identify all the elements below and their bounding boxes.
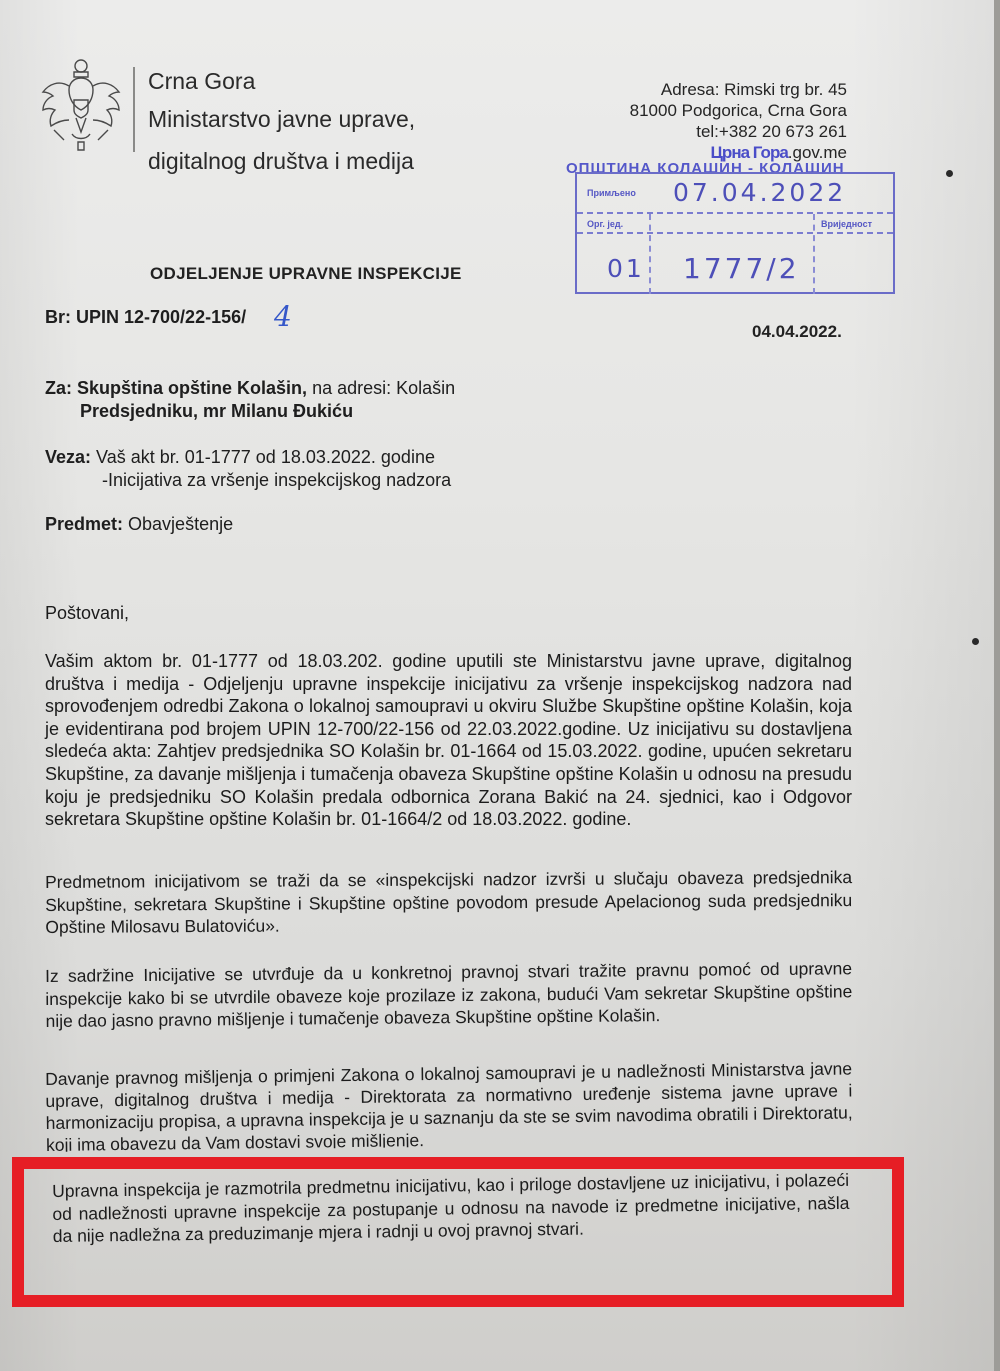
recipient-name: Skupština opštine Kolašin, xyxy=(77,378,307,398)
recipient-line: Za: Skupština opštine Kolašin, na adresi… xyxy=(45,378,455,399)
body-paragraph: Iz sadržine Inicijative se utvrđuje da u… xyxy=(45,957,853,1033)
org-ministry-line1: Ministarstvo javne uprave, xyxy=(148,106,415,133)
address-city: 81000 Podgorica, Crna Gora xyxy=(630,101,847,121)
stamp-divider xyxy=(649,214,651,294)
stamp-number-prefix: 01 xyxy=(607,254,645,283)
stamp-received-label: Примљено xyxy=(587,188,636,198)
org-country: Crna Gora xyxy=(148,68,255,95)
salutation: Poštovani, xyxy=(45,603,129,624)
department-title: ODJELJENJE UPRAVNE INSPEKCIJE xyxy=(150,264,462,284)
subject-line: Predmet: Obavještenje xyxy=(45,514,233,535)
recipient-address: na adresi: Kolašin xyxy=(307,378,455,398)
body-paragraph: Davanje pravnog mišljenja o primjeni Zak… xyxy=(45,1057,853,1152)
highlighted-paragraph: Upravna inspekcija je razmotrila predmet… xyxy=(52,1169,850,1248)
punch-mark xyxy=(946,170,953,177)
recipient-attention: Predsjedniku, mr Milanu Đukiću xyxy=(80,401,353,422)
org-ministry-line2: digitalnog društva i medija xyxy=(148,148,414,175)
body-paragraph: Vašim aktom br. 01-1777 od 18.03.202. go… xyxy=(45,650,852,831)
stamp-value-label: Вриједност xyxy=(821,219,872,229)
punch-mark xyxy=(972,638,979,645)
veza-subline: -Inicijativa za vršenje inspekcijskog na… xyxy=(102,470,451,491)
receipt-stamp: Примљено 07.04.2022 Орг. јед. Вриједност… xyxy=(575,172,895,294)
veza-line: Veza: Vaš akt br. 01-1777 od 18.03.2022.… xyxy=(45,447,435,468)
coat-of-arms-icon xyxy=(36,56,126,156)
recipient-label: Za: xyxy=(45,378,72,398)
reference-number: Br: UPIN 12-700/22-156/ xyxy=(45,307,246,328)
stamp-number: 1777/2 xyxy=(683,252,800,285)
address-phone: tel:+382 20 673 261 xyxy=(696,122,847,142)
address-street: Adresa: Rimski trg br. 45 xyxy=(661,80,847,100)
stamp-divider xyxy=(813,214,815,294)
veza-value: Vaš akt br. 01-1777 od 18.03.2022. godin… xyxy=(91,447,435,467)
reference-handwritten: 4 xyxy=(274,300,292,333)
stamp-received-date: 07.04.2022 xyxy=(673,178,846,207)
document-date: 04.04.2022. xyxy=(752,322,842,342)
subject-value: Obavještenje xyxy=(123,514,233,534)
header-divider xyxy=(133,67,135,152)
stamp-org-unit-label: Орг. јед. xyxy=(587,219,623,229)
subject-label: Predmet: xyxy=(45,514,123,534)
page-edge xyxy=(994,0,1000,1371)
body-paragraph: Predmetnom inicijativom se traži da se «… xyxy=(45,866,852,939)
veza-label: Veza: xyxy=(45,447,91,467)
